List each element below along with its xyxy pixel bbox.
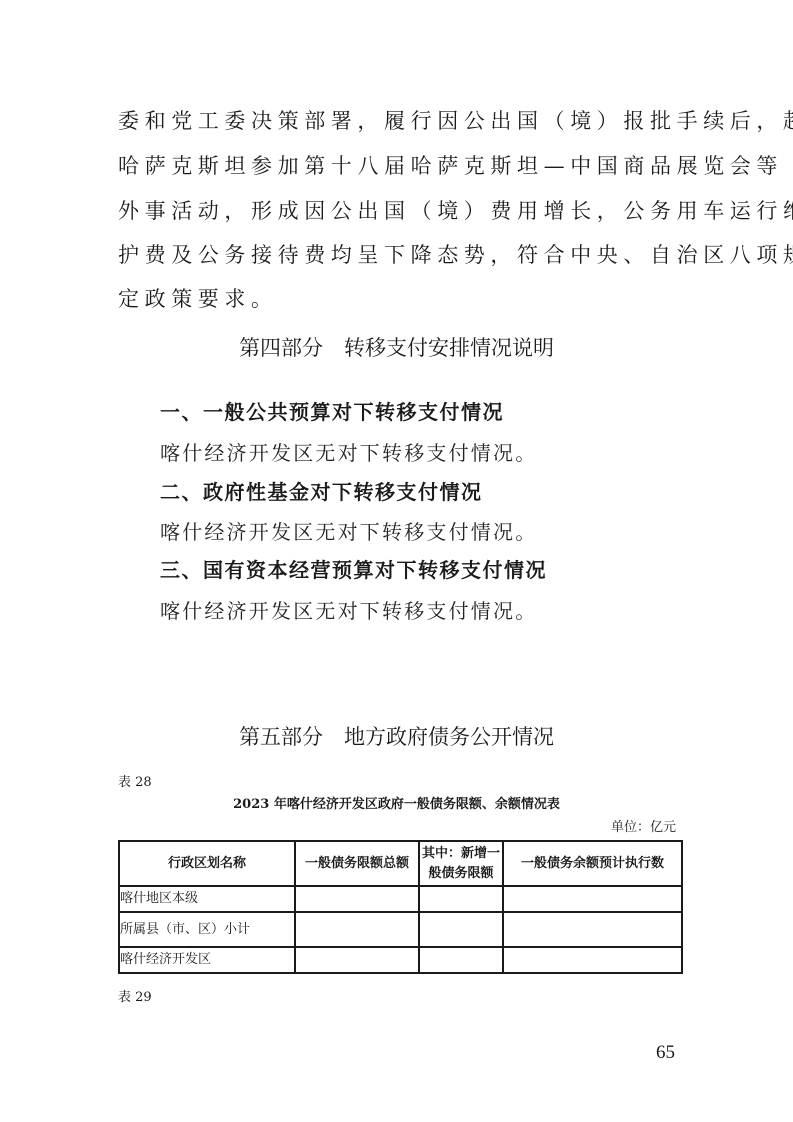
cell-limit-total bbox=[295, 912, 419, 947]
cell-new-limit bbox=[419, 886, 503, 912]
cell-region: 喀什地区本级 bbox=[119, 886, 295, 912]
part5-title: 第五部分 地方政府债务公开情况 bbox=[0, 722, 793, 752]
table-row: 所属县（市、区）小计 bbox=[119, 912, 682, 947]
cell-new-limit bbox=[419, 912, 503, 947]
header-debt-limit-total: 一般债务限额总额 bbox=[295, 841, 419, 886]
cell-region: 所属县（市、区）小计 bbox=[119, 912, 295, 947]
paragraph-line-2: 哈萨克斯坦参加第十八届哈萨克斯坦—中国商品展览会等 bbox=[118, 151, 783, 181]
header-new-debt-limit: 其中：新增一般债务限额 bbox=[419, 841, 503, 886]
paragraph-line-3: 外事活动，形成因公出国（境）费用增长，公务用车运行维 bbox=[118, 196, 793, 226]
table-header-row: 行政区划名称 一般债务限额总额 其中：新增一般债务限额 一般债务余额预计执行数 bbox=[119, 841, 682, 886]
part4-heading-1: 一、一般公共预算对下转移支付情况 bbox=[160, 397, 504, 427]
cell-region: 喀什经济开发区 bbox=[119, 947, 295, 973]
cell-balance bbox=[503, 912, 682, 947]
cell-balance bbox=[503, 886, 682, 912]
cell-new-limit bbox=[419, 947, 503, 973]
part4-heading-3: 三、国有资本经营预算对下转移支付情况 bbox=[160, 555, 547, 585]
part4-body-3: 喀什经济开发区无对下转移支付情况。 bbox=[160, 596, 537, 626]
table28-label: 表 28 bbox=[118, 775, 152, 791]
table-row: 喀什经济开发区 bbox=[119, 947, 682, 973]
part4-body-2: 喀什经济开发区无对下转移支付情况。 bbox=[160, 517, 537, 547]
debt-limit-table: 行政区划名称 一般债务限额总额 其中：新增一般债务限额 一般债务余额预计执行数 … bbox=[118, 840, 683, 974]
table29-label: 表 29 bbox=[118, 990, 152, 1006]
table28-unit: 单位：亿元 bbox=[611, 820, 676, 836]
paragraph-line-1: 委和党工委决策部署，履行因公出国（境）报批手续后，赴 bbox=[118, 106, 793, 136]
paragraph-line-4: 护费及公务接待费均呈下降态势，符合中央、自治区八项规 bbox=[118, 240, 793, 270]
header-region-name: 行政区划名称 bbox=[119, 841, 295, 886]
cell-limit-total bbox=[295, 886, 419, 912]
table28-title: 2023 年喀什经济开发区政府一般债务限额、余额情况表 bbox=[0, 797, 793, 813]
page-number: 65 bbox=[656, 1042, 675, 1064]
paragraph-line-5: 定政策要求。 bbox=[118, 284, 278, 314]
part4-body-1: 喀什经济开发区无对下转移支付情况。 bbox=[160, 438, 537, 468]
part4-heading-2: 二、政府性基金对下转移支付情况 bbox=[160, 477, 483, 507]
header-debt-balance-estimate: 一般债务余额预计执行数 bbox=[503, 841, 682, 886]
cell-balance bbox=[503, 947, 682, 973]
part4-title: 第四部分 转移支付安排情况说明 bbox=[0, 333, 793, 363]
cell-limit-total bbox=[295, 947, 419, 973]
table-row: 喀什地区本级 bbox=[119, 886, 682, 912]
